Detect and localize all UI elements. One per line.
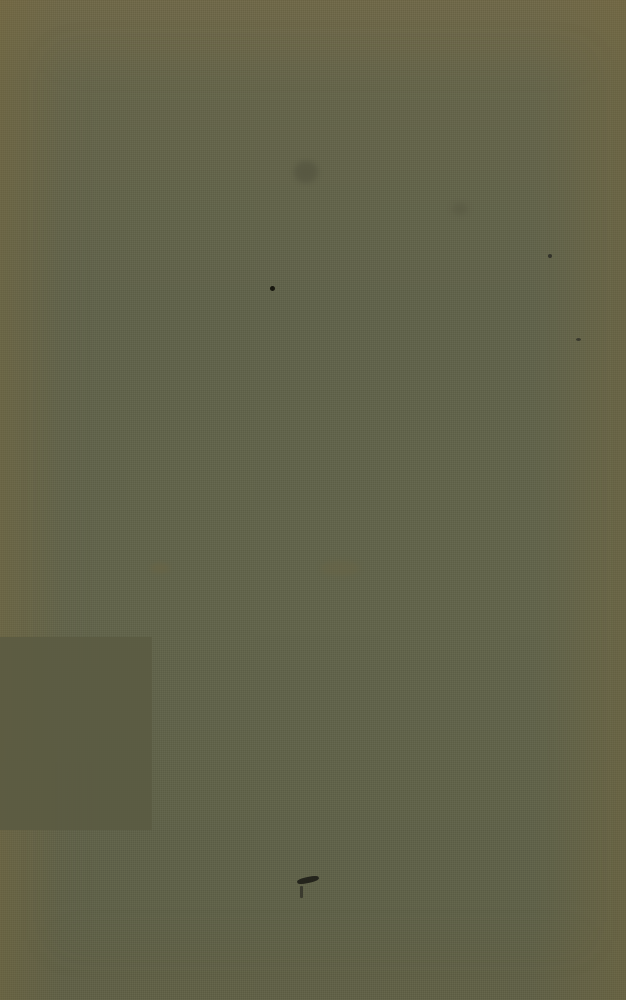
scratch-mark — [548, 254, 552, 258]
scratch-mark — [300, 886, 303, 898]
dark-speck — [270, 286, 275, 291]
faded-label-patch — [0, 637, 152, 830]
stain-mark — [294, 161, 318, 183]
book-cover — [0, 0, 626, 1000]
scratch-mark — [576, 338, 581, 341]
stain-mark — [320, 560, 360, 576]
stain-mark — [150, 563, 170, 573]
stain-mark — [452, 203, 468, 215]
